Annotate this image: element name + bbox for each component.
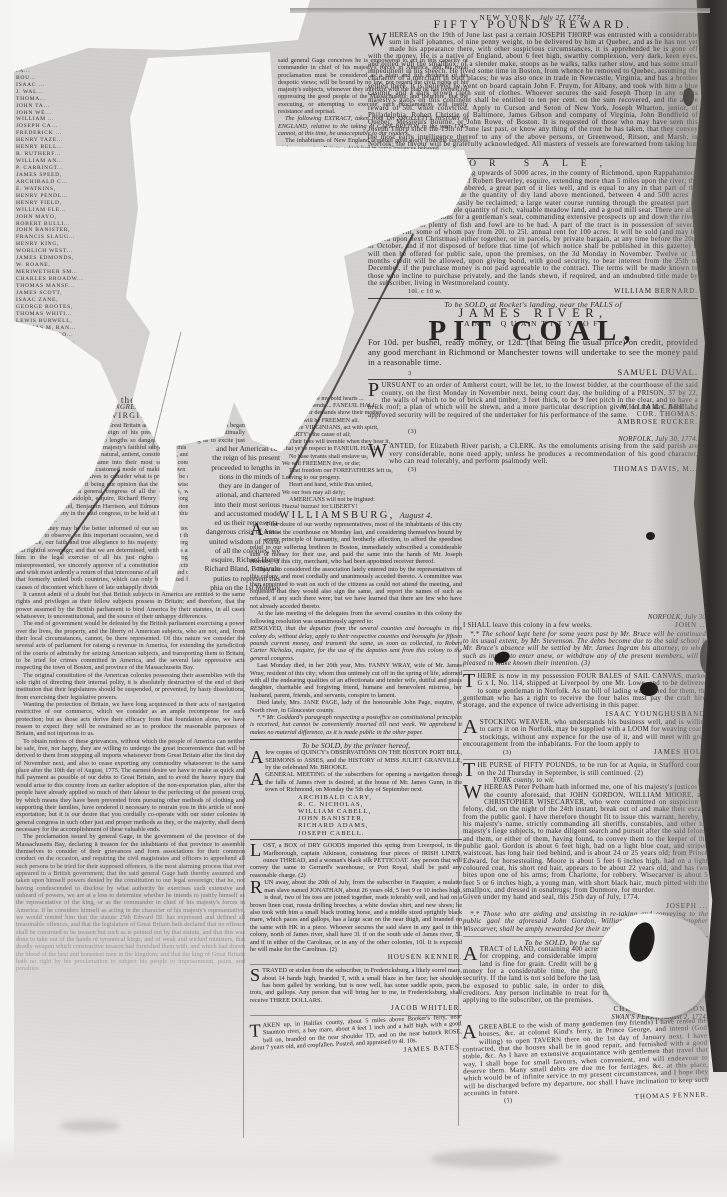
section-rule xyxy=(250,839,462,840)
ad-number: (3) xyxy=(368,466,416,473)
instructions-paragraph-6: Wanting the protection of Britain, we ha… xyxy=(16,701,245,738)
scrap-line: proceeded to lengths in xyxy=(188,463,280,472)
ad-number xyxy=(251,1057,291,1059)
strayed-signature: JACOB WHITLER. xyxy=(391,1005,462,1012)
scrap-line: the reign of his present xyxy=(188,453,280,462)
instructions-paragraph-3: It cannot admit of a doubt but that Brit… xyxy=(16,591,245,620)
congress-resolution: RESOLVED, that the deputies from the sev… xyxy=(250,625,462,662)
printer-note: *.* Mr. Goddard's paragraph respecting a… xyxy=(250,714,462,736)
runaway-signature: HOUSEN KENNER. xyxy=(388,954,462,961)
ad-number: (3) xyxy=(463,749,511,756)
book-ad-body: A few copies of QUINCY's OBSERVATIONS ON… xyxy=(250,749,462,771)
scrap-line: tions in the minds of xyxy=(188,472,280,481)
strayed-mare-ad: STRAYED or stolen from the subscriber, i… xyxy=(250,967,462,1004)
lost-box-ad: LOST, a BOX of DRY GOODS imported this s… xyxy=(250,842,462,879)
instructions-paragraph-8: The proclamation issued by general Gage,… xyxy=(16,833,245,973)
meeting-signatory: RICHARD ADAMS, xyxy=(250,822,462,829)
section-rule xyxy=(250,739,462,740)
instructions-paragraph-5: The original constitution of the America… xyxy=(16,672,245,701)
instructions-paragraph-7: To obtain redress of these grievances, w… xyxy=(16,738,245,833)
meeting-signatories: ARCHIBALD CARY,R. C. NICHOLAS,WILLIAM CA… xyxy=(250,794,462,837)
tavern-signature: THOMAS FENNER. xyxy=(635,1092,709,1101)
column-rule xyxy=(458,616,459,1126)
obituary-fanny-wray: Last Monday died, in her 20th year, Mrs.… xyxy=(250,662,462,699)
meeting-signatory: ARCHIBALD CARY, xyxy=(250,794,462,801)
meeting-signatory: R. C. NICHOLAS, xyxy=(250,801,462,808)
section-rule xyxy=(250,964,462,965)
ad-number: 3 xyxy=(368,370,412,377)
scan-smudge xyxy=(60,1120,120,1132)
book-ad-intro: To be SOLD, by the printer hereof, xyxy=(250,742,462,749)
scrap-line: ational, and chartered xyxy=(188,490,280,499)
taken-signature: JAMES BATES. xyxy=(403,1044,462,1054)
torn-left-margin xyxy=(0,0,14,1197)
column-rule xyxy=(243,600,244,1138)
meeting-signatory: WILLIAM CABELL, xyxy=(250,808,462,815)
meeting-ad-body: A GENERAL MEETING of the subscribers for… xyxy=(250,771,462,793)
runaway-slave-ad: RUN away, about the 20th of July, from t… xyxy=(250,879,462,953)
obituary-jane-page: Died lately, Mrs. JANE PAGE, lady of the… xyxy=(250,699,462,714)
paper-top-edge xyxy=(290,8,710,13)
ad-number: (3) xyxy=(368,428,416,435)
page-bottom-blank xyxy=(0,1138,727,1197)
meeting-signatory: JOSEPH CABELL. xyxy=(250,830,462,837)
leaving-notice: I SHALL leave this colony in a few weeks… xyxy=(463,622,592,629)
meeting-signatory: JOHN BANISTER, xyxy=(250,815,462,822)
fee-note: 10l. c 10 w. xyxy=(368,288,442,295)
newspaper-scan-page: said general Gage conceives he is empowe… xyxy=(0,0,727,1197)
scrap-line: they are in danger of xyxy=(188,481,280,490)
scan-smudge xyxy=(430,1150,560,1168)
instructions-paragraph-4: The end of government would be defeated … xyxy=(16,620,245,671)
